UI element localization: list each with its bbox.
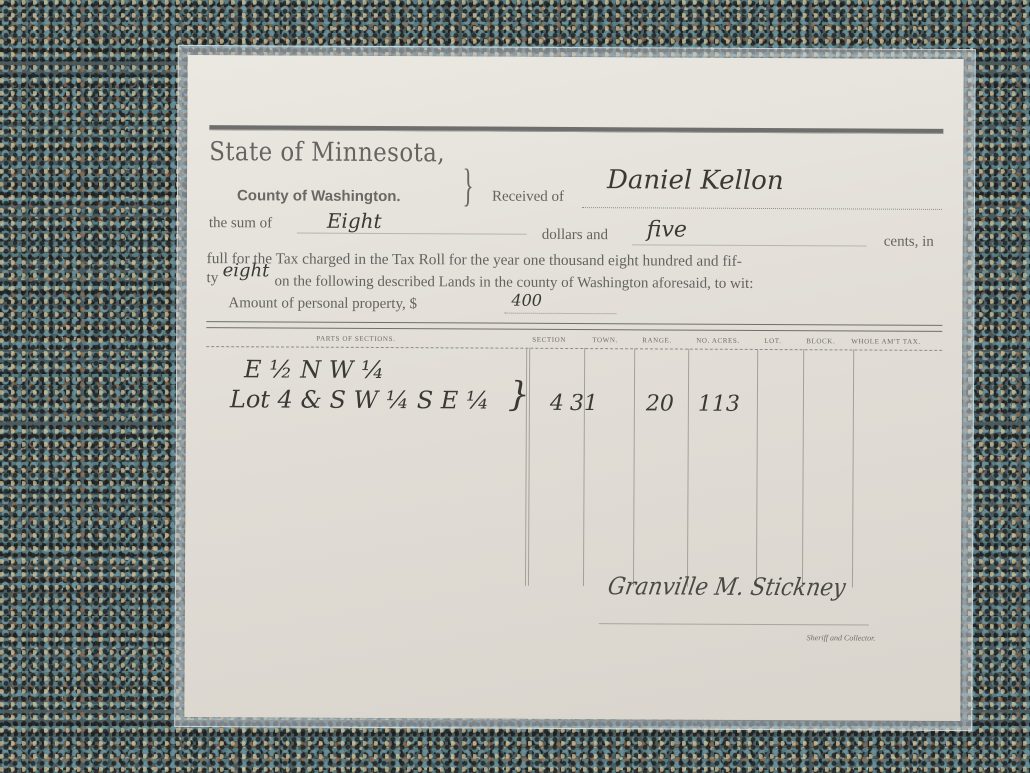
sum-line [297, 233, 527, 235]
row-2-range: 20 [646, 391, 674, 416]
col-divider [633, 348, 635, 586]
col-divider [756, 349, 758, 587]
sum-dollars-value: Eight [327, 209, 382, 233]
col-divider [687, 349, 689, 587]
ty-prefix: ty [207, 270, 219, 287]
col-whole-amount-tax: WHOLE AM'T TAX. [851, 337, 921, 345]
col-section: SECTION [532, 336, 566, 344]
signature-line [599, 623, 869, 625]
cents-line [632, 244, 867, 246]
personal-property-value: 400 [511, 291, 542, 310]
state-title: State of Minnesota, [209, 137, 445, 168]
collector-signature: Granville M. Stickney [606, 572, 848, 601]
row-2-parts: Lot 4 & S W ¼ S E ¼ [230, 385, 489, 414]
col-divider [583, 348, 585, 586]
row-2-acres: 113 [698, 392, 740, 417]
top-rule [209, 125, 943, 134]
row-brace: } [508, 375, 530, 415]
divider-rule-1 [206, 321, 942, 326]
divider-rule-2 [206, 327, 942, 332]
col-lot: LOT. [764, 337, 781, 345]
received-of-label: Received of [492, 189, 564, 206]
tax-charged-line: full for the Tax charged in the Tax Roll… [207, 250, 742, 271]
received-of-value: Daniel Kellon [607, 165, 784, 196]
dollars-and-label: dollars and [542, 227, 608, 244]
collector-title: Sheriff and Collector. [807, 633, 876, 642]
personal-property-line [504, 313, 616, 315]
col-divider [852, 349, 854, 587]
col-block: BLOCK. [806, 337, 835, 345]
received-of-line [582, 207, 942, 210]
land-table-header: PARTS OF SECTIONS. SECTION TOWN. RANGE. … [206, 332, 942, 351]
col-parts-of-sections: PARTS OF SECTIONS. [316, 335, 395, 343]
col-divider [802, 349, 804, 587]
row-1-parts: E ½ N W ¼ [244, 355, 384, 384]
row-2-section: 4 [550, 391, 564, 416]
col-range: RANGE. [642, 336, 672, 344]
personal-property-label: Amount of personal property, $ [228, 295, 417, 313]
year-suffix-value: eight [223, 260, 270, 281]
tax-receipt-document: State of Minnesota, County of Washington… [184, 55, 963, 721]
col-no-acres: NO. ACRES. [696, 337, 740, 345]
cents-label: cents, in [884, 234, 934, 251]
row-2-town: 31 [570, 391, 598, 416]
cents-value: five [647, 217, 687, 242]
sum-label: the sum of [209, 215, 272, 232]
county-title: County of Washington. [237, 187, 401, 205]
brace-glyph: } [462, 158, 473, 211]
col-town: TOWN. [592, 336, 618, 344]
